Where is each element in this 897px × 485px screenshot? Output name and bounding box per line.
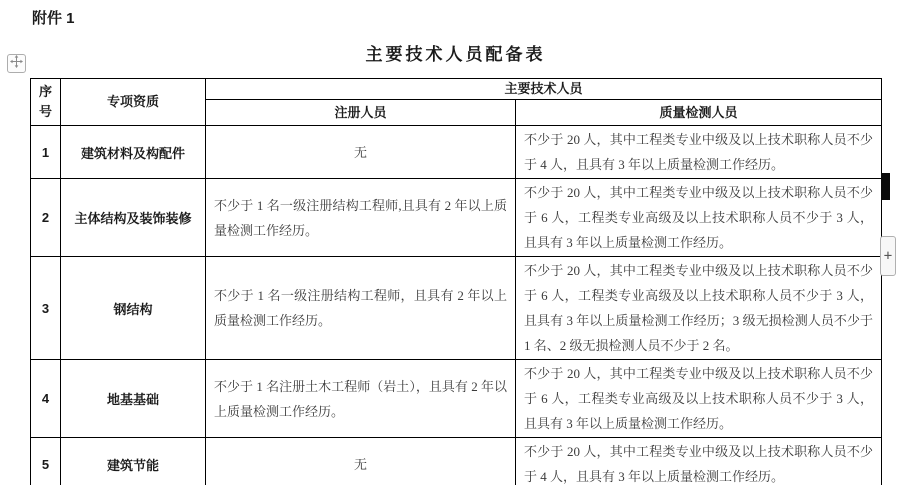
cell-index[interactable]: 2 (31, 179, 61, 257)
move-icon (10, 55, 23, 73)
page-title[interactable]: 主要技术人员配备表 (30, 40, 881, 65)
cell-qualification[interactable]: 地基基础 (61, 360, 206, 438)
header-qualification[interactable]: 专项资质 (61, 79, 206, 126)
cell-registered[interactable]: 不少于 1 名注册土木工程师（岩土），且具有 2 年以上质量检测工作经历。 (206, 360, 516, 438)
cell-inspection[interactable]: 不少于 20 人，其中工程类专业中级及以上技术职称人员不少于 6 人，工程类专业… (516, 360, 882, 438)
cell-registered[interactable]: 不少于 1 名一级注册结构工程师,且具有 2 年以上质量检测工作经历。 (206, 179, 516, 257)
table-row: 2 主体结构及装饰装修 不少于 1 名一级注册结构工程师,且具有 2 年以上质量… (31, 179, 882, 257)
header-inspection[interactable]: 质量检测人员 (516, 100, 882, 126)
cell-index[interactable]: 3 (31, 257, 61, 360)
attachment-label[interactable]: 附件 1 (32, 7, 75, 28)
document-page: { "document": { "attachment_label": "附件 … (0, 0, 897, 485)
cell-registered[interactable]: 无 (206, 126, 516, 179)
personnel-table: 序号 专项资质 主要技术人员 注册人员 质量检测人员 1 建筑材料及构配件 无 … (30, 78, 882, 485)
cell-qualification[interactable]: 建筑材料及构配件 (61, 126, 206, 179)
cell-qualification[interactable]: 钢结构 (61, 257, 206, 360)
cell-index[interactable]: 4 (31, 360, 61, 438)
scrollbar-thumb[interactable] (881, 173, 890, 200)
table-move-handle[interactable] (7, 54, 26, 73)
table-row: 3 钢结构 不少于 1 名一级注册结构工程师，且具有 2 年以上质量检测工作经历… (31, 257, 882, 360)
add-button[interactable]: + (880, 236, 896, 276)
table-row: 5 建筑节能 无 不少于 20 人，其中工程类专业中级及以上技术职称人员不少于 … (31, 438, 882, 485)
cell-inspection[interactable]: 不少于 20 人，其中工程类专业中级及以上技术职称人员不少于 6 人，工程类专业… (516, 179, 882, 257)
header-index[interactable]: 序号 (31, 79, 61, 126)
table-row: 1 建筑材料及构配件 无 不少于 20 人，其中工程类专业中级及以上技术职称人员… (31, 126, 882, 179)
cell-registered[interactable]: 无 (206, 438, 516, 485)
cell-qualification[interactable]: 建筑节能 (61, 438, 206, 485)
header-group[interactable]: 主要技术人员 (206, 79, 882, 100)
cell-registered[interactable]: 不少于 1 名一级注册结构工程师，且具有 2 年以上质量检测工作经历。 (206, 257, 516, 360)
cell-index[interactable]: 1 (31, 126, 61, 179)
table-row: 4 地基基础 不少于 1 名注册土木工程师（岩土），且具有 2 年以上质量检测工… (31, 360, 882, 438)
cell-inspection[interactable]: 不少于 20 人，其中工程类专业中级及以上技术职称人员不少于 4 人，且具有 3… (516, 438, 882, 485)
cell-index[interactable]: 5 (31, 438, 61, 485)
header-registered[interactable]: 注册人员 (206, 100, 516, 126)
cell-inspection[interactable]: 不少于 20 人，其中工程类专业中级及以上技术职称人员不少于 4 人，且具有 3… (516, 126, 882, 179)
cell-inspection[interactable]: 不少于 20 人，其中工程类专业中级及以上技术职称人员不少于 6 人，工程类专业… (516, 257, 882, 360)
cell-qualification[interactable]: 主体结构及装饰装修 (61, 179, 206, 257)
